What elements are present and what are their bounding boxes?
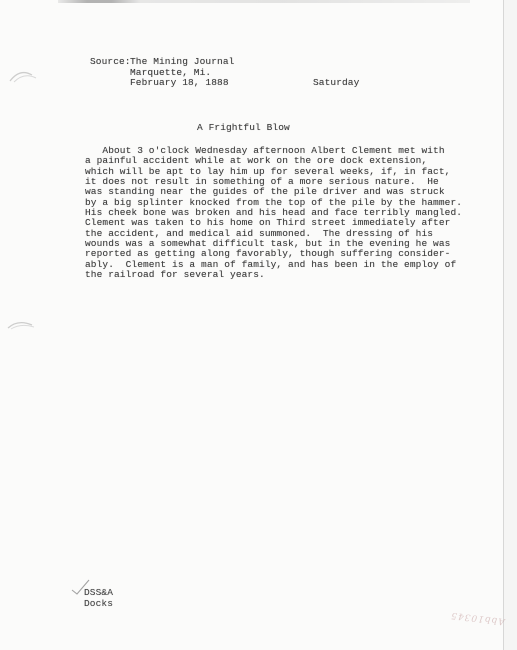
source-date: February 18, 1888 <box>130 78 229 88</box>
page-right-edge <box>503 0 517 650</box>
page-top-edge-shadow <box>58 0 470 3</box>
page-curl-mark <box>6 316 42 334</box>
article-title: A Frightful Blow <box>197 123 290 133</box>
subject-note-line2: Docks <box>84 599 113 609</box>
page-curl-mark <box>8 66 44 86</box>
faint-handwriting-mark: Abb10345 <box>437 608 506 626</box>
article-body: About 3 o'clock Wednesday afternoon Albe… <box>85 146 487 280</box>
source-publication: The Mining Journal <box>130 57 234 67</box>
source-weekday: Saturday <box>313 78 359 88</box>
subject-note-line1: DSS&A <box>84 588 113 598</box>
source-label: Source: <box>90 57 131 67</box>
scanned-document-page: Source: The Mining Journal Marquette, Mi… <box>0 0 517 650</box>
